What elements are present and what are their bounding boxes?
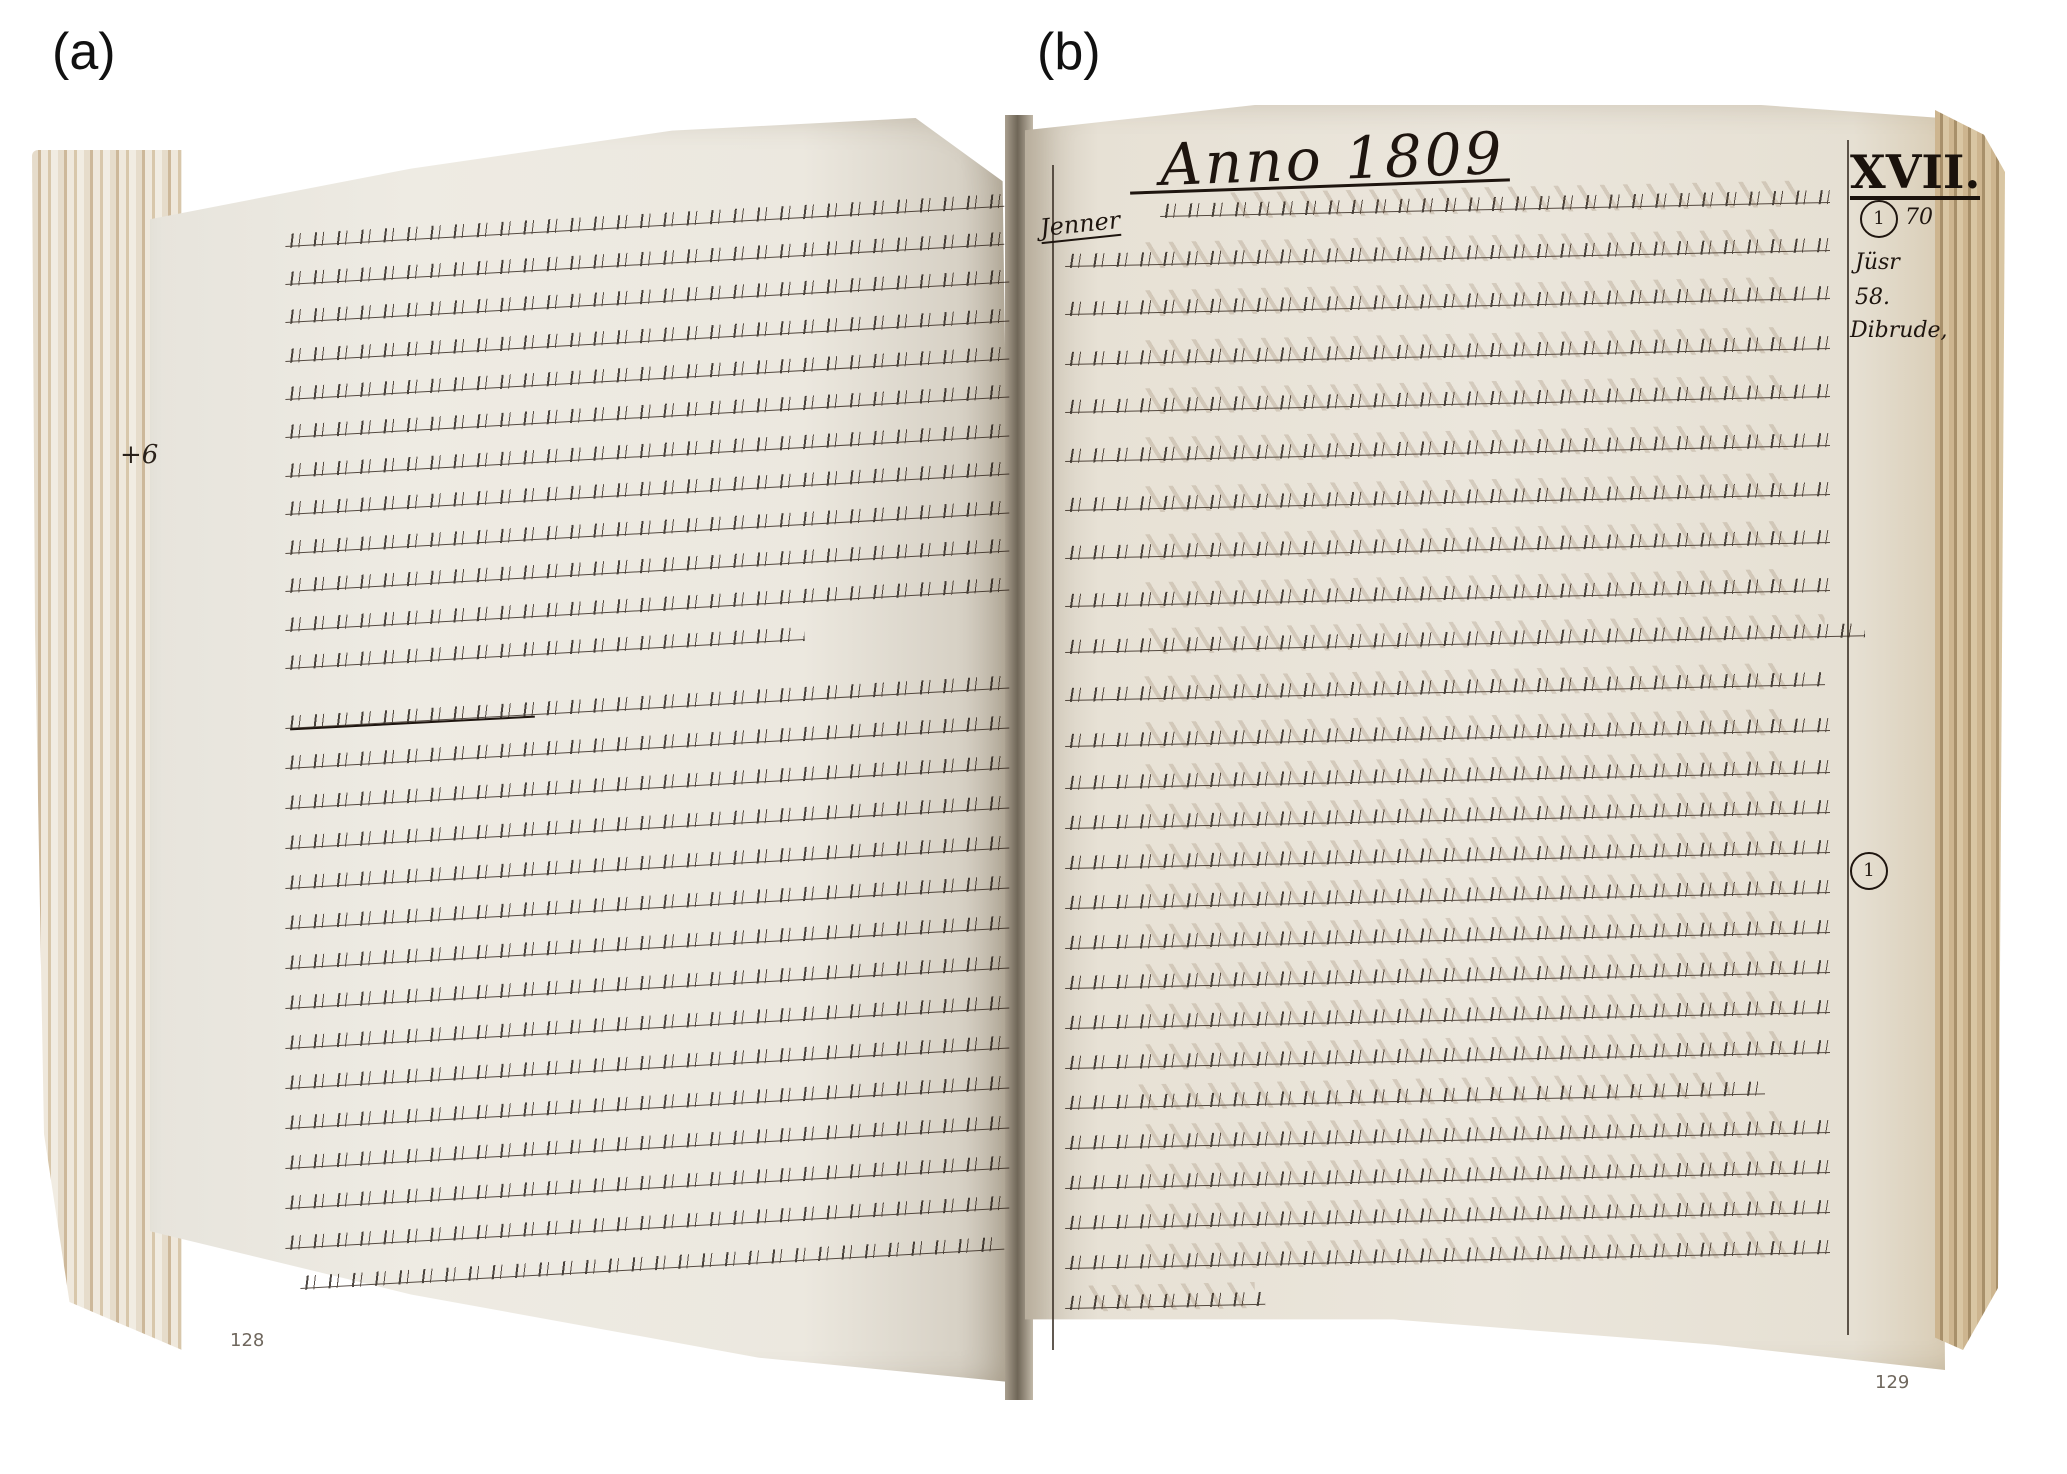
- side-note: 70: [1905, 205, 1933, 230]
- side-note: Dibrude,: [1850, 318, 1948, 343]
- margin-rule-right: [1847, 140, 1849, 1335]
- circled-note-2: 1: [1850, 852, 1888, 890]
- page-marker-roman: XVII.: [1850, 148, 1980, 200]
- panel-label-a: (a): [52, 22, 116, 82]
- circled-note-1: 1: [1860, 200, 1898, 238]
- page-number-left: 128: [230, 1330, 264, 1351]
- margin-mark: +6: [120, 440, 158, 470]
- handwriting-line: [1065, 1288, 1265, 1310]
- panel-label-b: (b): [1037, 22, 1101, 82]
- side-note: 58.: [1855, 285, 1890, 310]
- page-number-right: 129: [1875, 1372, 1909, 1393]
- side-note: Jüsr: [1855, 250, 1900, 275]
- page-edges-right: [1935, 110, 2005, 1350]
- margin-rule-left: [1052, 165, 1054, 1350]
